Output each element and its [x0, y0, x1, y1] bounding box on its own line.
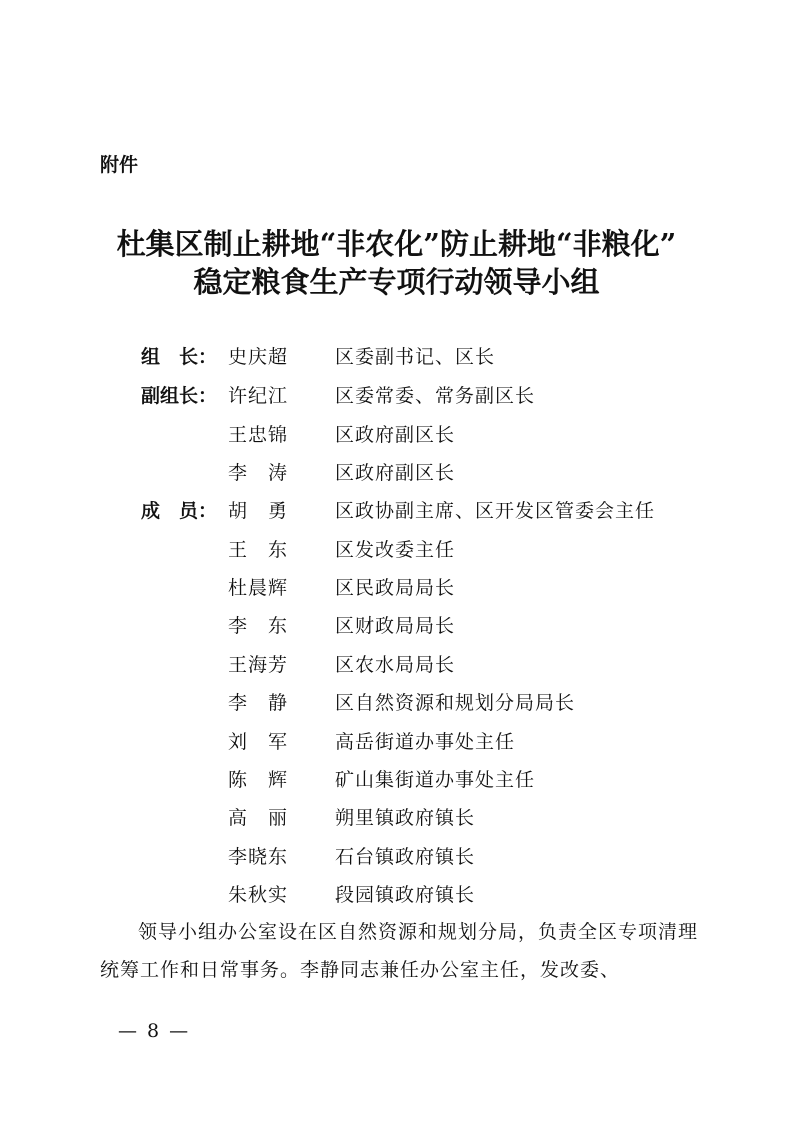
member-name: 李 东 [228, 611, 328, 638]
office-paragraph: 领导小组办公室设在区自然资源和规划分局，负责全区专项清理统筹工作和日常事务。李静… [100, 913, 700, 989]
member-position: 区政协副主席、区开发区管委会主任 [335, 496, 655, 523]
member-name: 胡 勇 [228, 496, 328, 523]
member-name: 王 东 [228, 535, 328, 562]
member-position: 石台镇政府镇长 [335, 842, 475, 869]
member-name: 杜晨辉 [228, 573, 328, 600]
member-role: 副组长： [141, 381, 229, 408]
member-role: 组 长： [141, 342, 229, 369]
member-name: 李晓东 [228, 842, 328, 869]
document-title-line-2: 稳定粮食生产专项行动领导小组 [0, 260, 793, 301]
member-name: 刘 军 [228, 727, 328, 754]
member-position: 区财政局局长 [335, 611, 455, 638]
member-position: 区委常委、常务副区长 [335, 381, 535, 408]
member-position: 高岳街道办事处主任 [335, 727, 515, 754]
member-name: 王海芳 [228, 650, 328, 677]
member-position: 段园镇政府镇长 [335, 880, 475, 907]
member-name: 朱秋实 [228, 880, 328, 907]
member-position: 区委副书记、区长 [335, 342, 495, 369]
page-number: — 8 — [118, 1020, 190, 1042]
member-name: 李 涛 [228, 458, 328, 485]
member-position: 区政府副区长 [335, 420, 455, 447]
member-name: 史庆超 [228, 342, 328, 369]
member-name: 高 丽 [228, 803, 328, 830]
member-role: 成 员： [141, 496, 229, 523]
member-position: 矿山集街道办事处主任 [335, 765, 535, 792]
member-name: 王忠锦 [228, 420, 328, 447]
member-position: 区自然资源和规划分局局长 [335, 688, 575, 715]
member-position: 区发改委主任 [335, 535, 455, 562]
member-name: 陈 辉 [228, 765, 328, 792]
member-name: 许纪江 [228, 381, 328, 408]
document-title-line-1: 杜集区制止耕地“非农化”防止耕地“非粮化” [0, 222, 793, 263]
member-position: 区政府副区长 [335, 458, 455, 485]
member-position: 区农水局局长 [335, 650, 455, 677]
member-position: 区民政局局长 [335, 573, 455, 600]
attachment-label: 附件 [100, 150, 138, 177]
member-name: 李 静 [228, 688, 328, 715]
member-position: 朔里镇政府镇长 [335, 803, 475, 830]
